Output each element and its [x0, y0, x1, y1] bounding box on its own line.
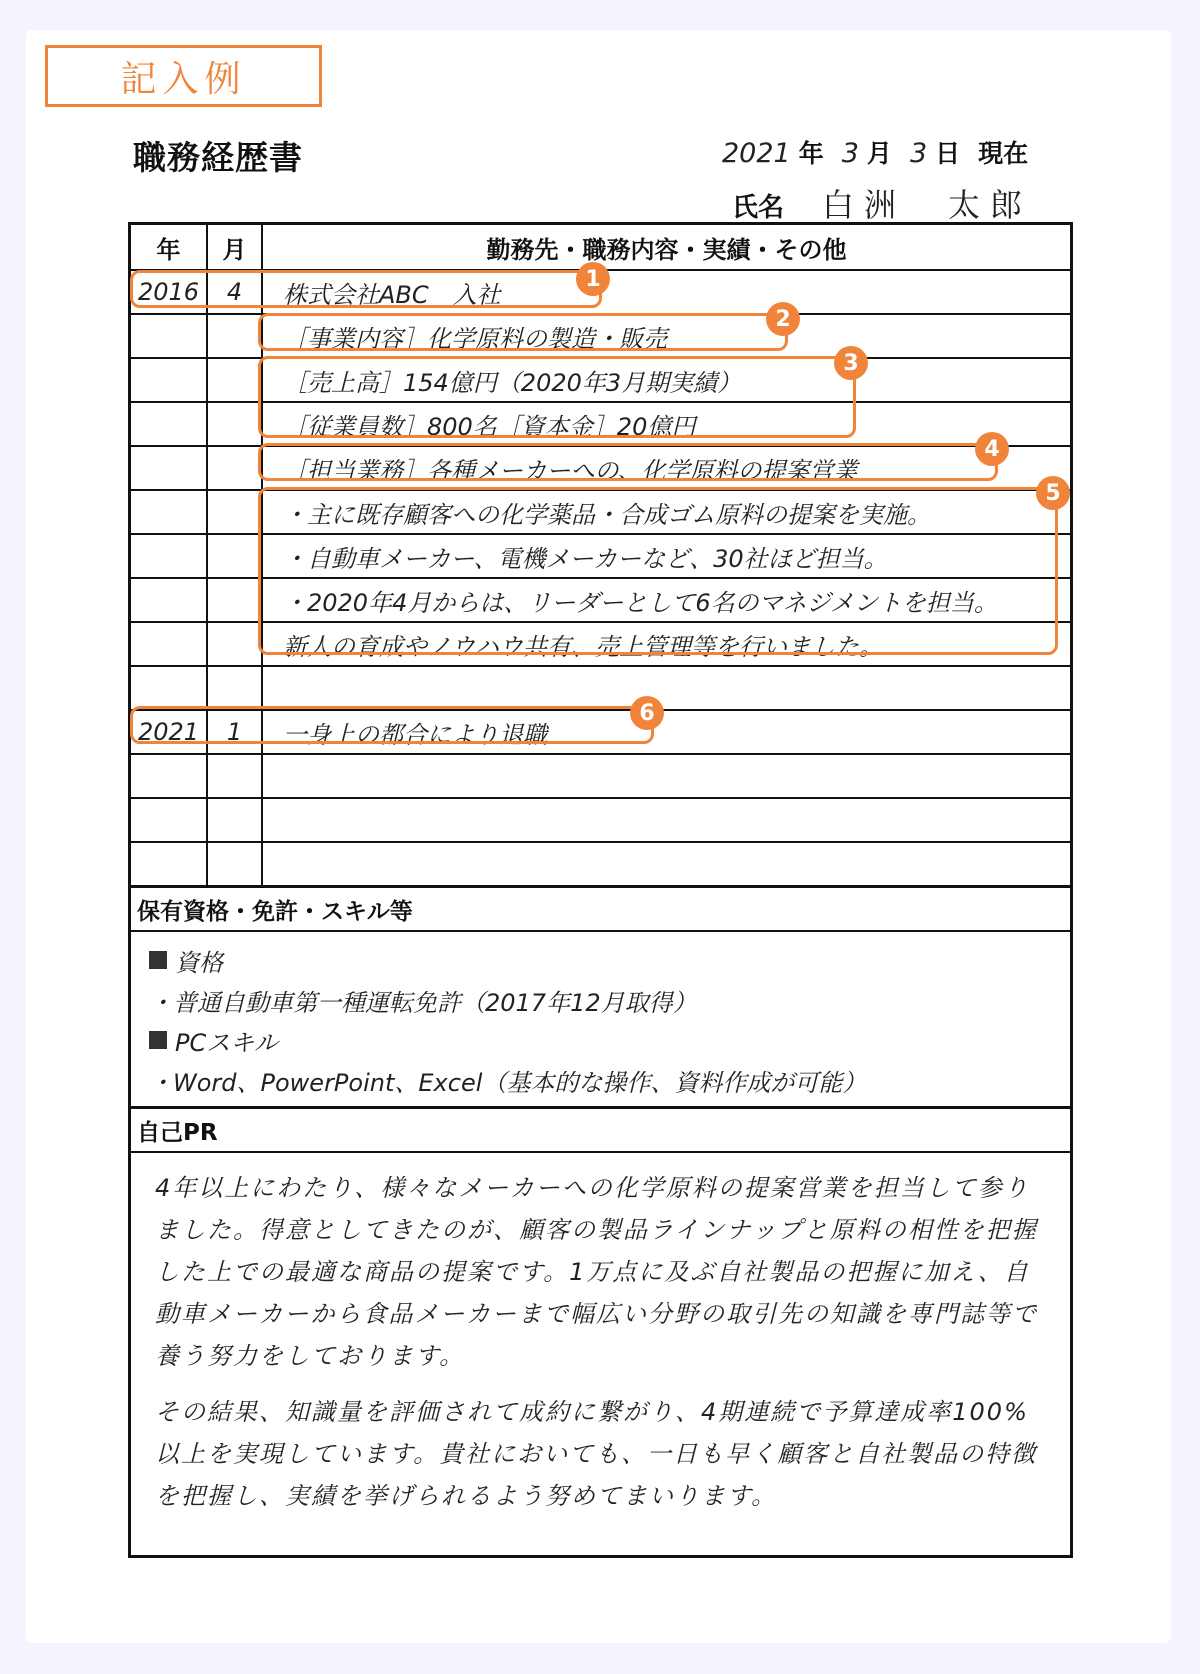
annotation-badge-1: 1: [576, 262, 610, 296]
row-body: [263, 755, 1070, 797]
qualification-item: ・普通自動車第一種運転免許（2017年12月取得）: [149, 980, 1070, 1020]
row-year: 2021: [131, 711, 208, 753]
row-month: [208, 447, 263, 489]
square-bullet-icon: [149, 1031, 167, 1049]
row-year: [131, 799, 208, 841]
row-body: ［事業内容］化学原料の製造・販売: [263, 315, 1070, 357]
row-body: ［従業員数］800名［資本金］20億円: [263, 403, 1070, 445]
row-body: 株式会社ABC 入社: [263, 271, 1070, 313]
row-month: [208, 799, 263, 841]
annotation-badge-6: 6: [630, 696, 664, 730]
row-month: [208, 579, 263, 621]
row-body: ・自動車メーカー、電機メーカーなど、30社ほど担当。: [263, 535, 1070, 577]
table-row: [131, 665, 1070, 709]
square-bullet-icon: [149, 951, 167, 969]
table-row: 20211一身上の都合により退職: [131, 709, 1070, 753]
row-body: [263, 843, 1070, 885]
self-pr-heading: 自己PR: [131, 1106, 1070, 1151]
category-label: 資格: [175, 943, 223, 978]
date-day: 3: [910, 138, 927, 169]
name-line: 氏名 白洲 太郎: [732, 180, 1032, 226]
date-month-unit: 月: [867, 134, 892, 170]
date-suffix: 現在: [978, 134, 1028, 170]
header-year: 年: [131, 225, 208, 269]
annotation-badge-2: 2: [766, 302, 800, 336]
row-year: [131, 579, 208, 621]
row-month: 4: [208, 271, 263, 313]
row-month: [208, 667, 263, 709]
row-month: [208, 491, 263, 533]
row-year: [131, 623, 208, 665]
page-title: 職務経歴書: [133, 132, 303, 179]
date-line: 2021 年 3 月 3 日 現在: [722, 134, 1028, 170]
row-body: [263, 799, 1070, 841]
row-body: ［担当業務］各種メーカーへの、化学原料の提案営業: [263, 447, 1070, 489]
row-year: [131, 491, 208, 533]
qualification-category: 資格: [149, 940, 1070, 980]
table-row: ［事業内容］化学原料の製造・販売: [131, 313, 1070, 357]
row-body: 新人の育成やノウハウ共有、売上管理等を行いました。: [263, 623, 1070, 665]
annotation-badge-5: 5: [1036, 476, 1070, 510]
row-year: [131, 667, 208, 709]
table-row: ・2020年4月からは、リーダーとして6名のマネジメントを担当。: [131, 577, 1070, 621]
row-year: [131, 359, 208, 401]
row-year: [131, 843, 208, 885]
date-month: 3: [842, 138, 859, 169]
sample-stamp: 記入例: [45, 45, 322, 107]
annotation-badge-4: 4: [975, 432, 1009, 466]
row-year: [131, 403, 208, 445]
date-year: 2021: [722, 138, 791, 169]
row-body: ・2020年4月からは、リーダーとして6名のマネジメントを担当。: [263, 579, 1070, 621]
date-day-unit: 日: [935, 134, 960, 170]
table-row: ［従業員数］800名［資本金］20億円: [131, 401, 1070, 445]
table-row: [131, 797, 1070, 841]
row-body: [263, 667, 1070, 709]
row-month: [208, 403, 263, 445]
header-body: 勤務先・職務内容・実績・その他: [263, 225, 1070, 269]
self-pr-body: 4年以上にわたり、様々なメーカーへの化学原料の提案営業を担当して参りました。得意…: [131, 1151, 1070, 1555]
table-row: ［売上高］154億円（2020年3月期実績）: [131, 357, 1070, 401]
row-month: [208, 315, 263, 357]
row-month: [208, 359, 263, 401]
row-body: ・主に既存顧客への化学薬品・合成ゴム原料の提案を実施。: [263, 491, 1070, 533]
table-row: 新人の育成やノウハウ共有、売上管理等を行いました。: [131, 621, 1070, 665]
header-month: 月: [208, 225, 263, 269]
table-header: 年 月 勤務先・職務内容・実績・その他: [131, 225, 1070, 269]
row-year: [131, 535, 208, 577]
qualifications-body: 資格 ・普通自動車第一種運転免許（2017年12月取得） PCスキル ・Word…: [131, 930, 1070, 1106]
table-row: [131, 753, 1070, 797]
qualification-category: PCスキル: [149, 1020, 1070, 1060]
table-row: [131, 841, 1070, 885]
career-table: 年 月 勤務先・職務内容・実績・その他 20164株式会社ABC 入社 ［事業内…: [128, 222, 1073, 1558]
category-label: PCスキル: [175, 1023, 278, 1058]
row-year: [131, 755, 208, 797]
qualifications-heading: 保有資格・免許・スキル等: [131, 885, 1070, 930]
name-value: 白洲 太郎: [822, 180, 1032, 226]
row-month: [208, 843, 263, 885]
row-month: [208, 535, 263, 577]
self-pr-paragraph: 4年以上にわたり、様々なメーカーへの化学原料の提案営業を担当して参りました。得意…: [155, 1167, 1050, 1377]
self-pr-paragraph: その結果、知識量を評価されて成約に繋がり、4期連続で予算達成率100%以上を実現…: [155, 1391, 1050, 1517]
row-body: ［売上高］154億円（2020年3月期実績）: [263, 359, 1070, 401]
annotation-badge-3: 3: [834, 346, 868, 380]
row-year: 2016: [131, 271, 208, 313]
table-row: ・主に既存顧客への化学薬品・合成ゴム原料の提案を実施。: [131, 489, 1070, 533]
date-year-unit: 年: [799, 134, 824, 170]
table-row: ［担当業務］各種メーカーへの、化学原料の提案営業: [131, 445, 1070, 489]
name-label: 氏名: [732, 187, 784, 224]
row-month: 1: [208, 711, 263, 753]
row-year: [131, 447, 208, 489]
table-row: ・自動車メーカー、電機メーカーなど、30社ほど担当。: [131, 533, 1070, 577]
row-month: [208, 623, 263, 665]
row-month: [208, 755, 263, 797]
row-body: 一身上の都合により退職: [263, 711, 1070, 753]
row-year: [131, 315, 208, 357]
qualification-item: ・Word、PowerPoint、Excel（基本的な操作、資料作成が可能）: [149, 1060, 1070, 1100]
